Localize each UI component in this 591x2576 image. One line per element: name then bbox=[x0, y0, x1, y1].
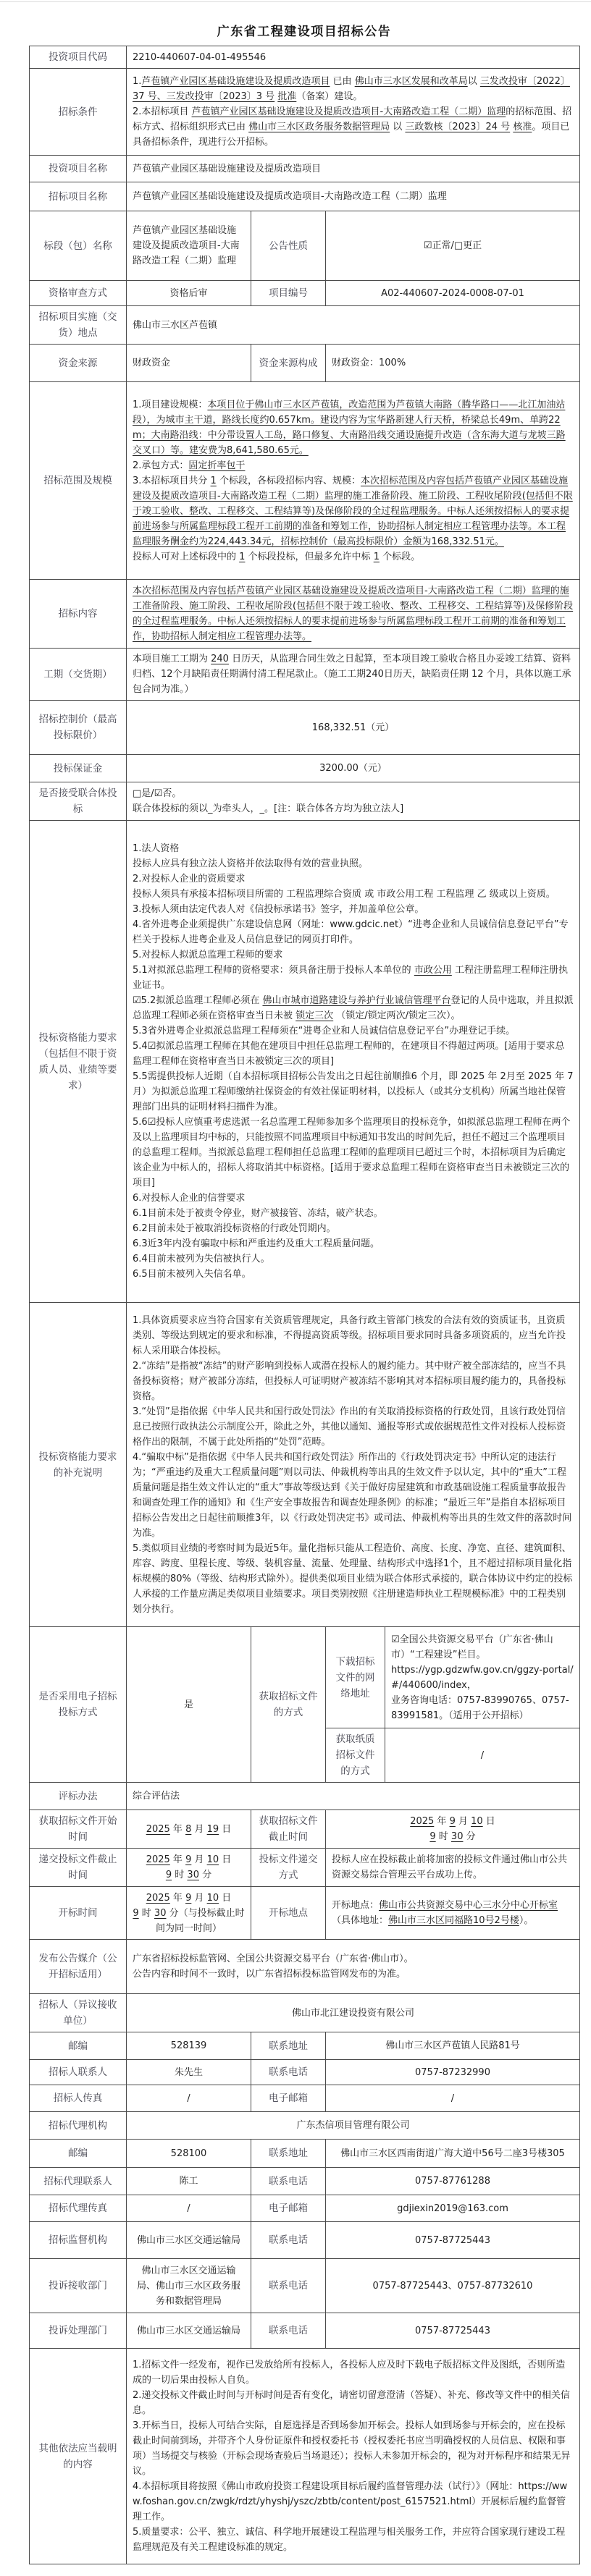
label-bid-security: 投标保证金 bbox=[30, 755, 127, 782]
value-tender-supervision-authority: 佛山市三水区交通运输局 bbox=[127, 2222, 251, 2259]
value-investment-project-code: 2210-440607-04-01-495546 bbox=[127, 46, 580, 69]
label-paper-document-method: 获取纸质招标文件的方式 bbox=[326, 1728, 385, 1783]
label-tender-agency: 招标代理机构 bbox=[30, 2112, 127, 2140]
value-download-url: ☑全国公共资源交易平台（广东省·佛山市）“工程建设”栏目。https://ygp… bbox=[385, 1627, 580, 1728]
value-bid-security: 3200.00（元） bbox=[127, 755, 580, 782]
label-accept-consortium-bid: 是否接受联合体投标 bbox=[30, 782, 127, 821]
label-document-obtain-deadline: 获取招标文件截止时间 bbox=[251, 1810, 326, 1849]
label-agency-fax: 招标代理传真 bbox=[30, 2195, 127, 2222]
label-bid-submission-deadline: 递交投标文件截止时间 bbox=[30, 1849, 127, 1887]
label-investment-project-code: 投资项目代码 bbox=[30, 46, 127, 69]
value-electronic-bidding-method: 是 bbox=[127, 1627, 251, 1783]
label-agency-contact-phone: 联系电话 bbox=[251, 2168, 326, 2195]
value-fund-source: 财政资金 bbox=[127, 345, 251, 382]
value-document-obtain-deadline: 2025 年 9 月 10 日9 时 30 分 bbox=[326, 1810, 580, 1849]
label-supervision-phone: 联系电话 bbox=[251, 2222, 326, 2259]
label-obtain-tender-document-method: 获取招标文件的方式 bbox=[251, 1627, 326, 1783]
value-bidder-qualification-requirements: 1.法人资格投标人应具有独立法人资格并依法取得有效的营业执照。2.对投标人企业的… bbox=[127, 821, 580, 1303]
value-agency-contact-phone: 0757-87761288 bbox=[326, 2168, 580, 2195]
page-top-divider bbox=[0, 1, 591, 2]
label-project-number: 项目编号 bbox=[251, 281, 326, 306]
label-agency-email: 电子邮箱 bbox=[251, 2195, 326, 2222]
value-tender-control-price: 168,332.51（元） bbox=[127, 701, 580, 755]
page-title: 广东省工程建设项目招标公告 bbox=[29, 21, 579, 39]
label-fund-source: 资金来源 bbox=[30, 345, 127, 382]
value-investment-project-name: 芦苞镇产业园区基础设施建设及提质改造项目 bbox=[127, 156, 580, 182]
value-bid-opening-time: 2025 年 9 月 10 日9 时 30 分（与投标截止时间为同一时间） bbox=[127, 1887, 251, 1940]
label-tender-scope-and-scale: 招标范围及规模 bbox=[30, 382, 127, 580]
value-tenderer-postcode: 528139 bbox=[127, 2032, 251, 2060]
value-agency-fax: / bbox=[127, 2195, 251, 2222]
label-qualification-review-method: 资格审查方式 bbox=[30, 281, 127, 306]
value-tenderer-contact: 朱先生 bbox=[127, 2060, 251, 2085]
tender-announcement-table-body: 投资项目代码2210-440607-04-01-495546招标条件1.芦苞镇产… bbox=[30, 46, 580, 2564]
label-tender-project-name: 招标项目名称 bbox=[30, 182, 127, 211]
value-complaint-receiving-department: 佛山市三水区交通运输局、佛山市三水区政务服务和数据管理局 bbox=[127, 2259, 251, 2313]
value-agency-contact-address: 佛山市三水区西南街道广海大道中56号二座3号楼305 bbox=[326, 2140, 580, 2168]
label-document-obtain-start-time: 获取招标文件开始时间 bbox=[30, 1810, 127, 1849]
value-tender-scope-and-scale: 1.项目建设规模：本项目位于佛山市三水区芦苞镇，改造范围为芦苞镇大南路（腾华路口… bbox=[127, 382, 580, 580]
value-document-obtain-start-time: 2025 年 8 月 19 日 bbox=[127, 1810, 251, 1849]
value-bid-submission-method: 投标人应在投标截止前将加密的投标文件通过佛山市公共资源交易综合管理云平台成功上传… bbox=[326, 1849, 580, 1887]
label-agency-contact: 招标代理联系人 bbox=[30, 2168, 127, 2195]
label-bidder-qualification-requirements: 投标资格能力要求（包括但不限于资质人员、业绩等要求） bbox=[30, 821, 127, 1303]
value-implementation-delivery-location: 佛山市三水区芦苞镇 bbox=[127, 306, 580, 345]
value-tender-agency: 广东杰信项目管理有限公司 bbox=[127, 2112, 580, 2140]
label-qualification-supplementary-notes: 投标资格能力要求的补充说明 bbox=[30, 1303, 127, 1627]
value-tender-project-name: 芦苞镇产业园区基础设施建设及提质改造项目-大南路改造工程（二期）监理 bbox=[127, 182, 580, 211]
label-tenderer-contact: 招标人联系人 bbox=[30, 2060, 127, 2085]
value-agency-contact: 陈工 bbox=[127, 2168, 251, 2195]
label-fund-source-composition: 资金来源构成 bbox=[251, 345, 326, 382]
value-tenderer: 佛山市北江建设投资有限公司 bbox=[127, 1994, 580, 2032]
label-tenderer-postcode: 邮编 bbox=[30, 2032, 127, 2060]
label-implementation-delivery-location: 招标项目实施（交货）地点 bbox=[30, 306, 127, 345]
tender-announcement-table: 投资项目代码2210-440607-04-01-495546招标条件1.芦苞镇产… bbox=[29, 46, 580, 2564]
label-bid-opening-time: 开标时间 bbox=[30, 1887, 127, 1940]
value-tenderer-fax: / bbox=[127, 2085, 251, 2112]
value-tenderer-email: / bbox=[326, 2085, 580, 2112]
value-tender-content: 本次招标范围及内容包括芦苞镇产业园区基础设施建设及提质改造项目-大南路改造工程（… bbox=[127, 580, 580, 649]
label-investment-project-name: 投资项目名称 bbox=[30, 156, 127, 182]
value-complaint-handling-phone: 0757-87725443 bbox=[326, 2313, 580, 2349]
label-announcement-media: 发布公告媒介（公开招标适用） bbox=[30, 1940, 127, 1994]
value-agency-postcode: 528100 bbox=[127, 2140, 251, 2168]
label-section-package-name: 标段（包）名称 bbox=[30, 211, 127, 281]
label-other-required-content: 其他依法应当载明的内容 bbox=[30, 2349, 127, 2564]
label-agency-postcode: 邮编 bbox=[30, 2140, 127, 2168]
label-complaint-handling-phone: 联系电话 bbox=[251, 2313, 326, 2349]
label-complaint-receiving-phone: 联系电话 bbox=[251, 2259, 326, 2313]
value-paper-document-method: / bbox=[385, 1728, 580, 1783]
value-supervision-phone: 0757-87725443 bbox=[326, 2222, 580, 2259]
value-evaluation-method: 综合评估法 bbox=[127, 1783, 580, 1810]
value-qualification-supplementary-notes: 1.具体资质要求应当符合国家有关资质管理规定，具备行政主管部门核发的合法有效的资… bbox=[127, 1303, 580, 1627]
label-announcement-nature: 公告性质 bbox=[251, 211, 326, 281]
value-complaint-handling-department: 佛山市三水区交通运输局 bbox=[127, 2313, 251, 2349]
value-project-number: A02-440607-2024-0008-07-01 bbox=[326, 281, 580, 306]
label-tender-conditions: 招标条件 bbox=[30, 69, 127, 156]
label-tender-control-price: 招标控制价（最高投标限价） bbox=[30, 701, 127, 755]
label-construction-period: 工期（交货期） bbox=[30, 649, 127, 701]
label-agency-contact-address: 联系地址 bbox=[251, 2140, 326, 2168]
value-bid-opening-location: 开标地点：佛山市公共资源交易中心三水分中心开标室（具体地址：佛山市三水区同福路1… bbox=[326, 1887, 580, 1940]
value-section-package-name: 芦苞镇产业园区基础设施建设及提质改造项目-大南路改造工程（二期）监理 bbox=[127, 211, 251, 281]
label-tender-supervision-authority: 招标监督机构 bbox=[30, 2222, 127, 2259]
label-download-url: 下载招标文件的网络地址 bbox=[326, 1627, 385, 1728]
value-construction-period: 本项目施工工期为 240 日历天，从监理合同生效之日起算，至本项目竣工验收合格且… bbox=[127, 649, 580, 701]
value-tender-conditions: 1.芦苞镇产业园区基础设施建设及提质改造项目 已由 佛山市三水区发展和改革局以 … bbox=[127, 69, 580, 156]
label-tenderer-fax: 招标人传真 bbox=[30, 2085, 127, 2112]
value-announcement-media: 广东省招标投标监管网、全国公共资源交易平台（广东省·佛山市）。公告内容和时间不一… bbox=[127, 1940, 580, 1994]
label-tenderer-contact-address: 联系地址 bbox=[251, 2032, 326, 2060]
label-tenderer-email: 电子邮箱 bbox=[251, 2085, 326, 2112]
value-tenderer-contact-address: 佛山市三水区芦苞镇人民路81号 bbox=[326, 2032, 580, 2060]
value-other-required-content: 1.招标文件一经发布，视作已发放给所有投标人，各投标人应及时下载电子版招标文件及… bbox=[127, 2349, 580, 2564]
value-agency-email: gdjiexin2019@163.com bbox=[326, 2195, 580, 2222]
label-tenderer-contact-phone: 联系电话 bbox=[251, 2060, 326, 2085]
label-evaluation-method: 评标办法 bbox=[30, 1783, 127, 1810]
label-electronic-bidding-method: 是否采用电子招标投标方式 bbox=[30, 1627, 127, 1783]
label-tenderer: 招标人（异议接收单位） bbox=[30, 1994, 127, 2032]
label-bid-submission-method: 投标文件递交方式 bbox=[251, 1849, 326, 1887]
value-announcement-nature: ☑正常/□更正 bbox=[326, 211, 580, 281]
value-tenderer-contact-phone: 0757-87232990 bbox=[326, 2060, 580, 2085]
value-bid-submission-deadline: 2025 年 9 月 10 日9 时 30 分 bbox=[127, 1849, 251, 1887]
value-accept-consortium-bid: □是/☑否。联合体投标的须以_为牵头人，_。[注：联合体各方均为独立法人] bbox=[127, 782, 580, 821]
label-complaint-handling-department: 投诉处理部门 bbox=[30, 2313, 127, 2349]
label-complaint-receiving-department: 投诉接收部门 bbox=[30, 2259, 127, 2313]
label-bid-opening-location: 开标地点 bbox=[251, 1887, 326, 1940]
label-tender-content: 招标内容 bbox=[30, 580, 127, 649]
value-qualification-review-method: 资格后审 bbox=[127, 281, 251, 306]
value-fund-source-composition: 财政资金：100% bbox=[326, 345, 580, 382]
value-complaint-receiving-phone: 0757-87725443、0757-87732610 bbox=[326, 2259, 580, 2313]
